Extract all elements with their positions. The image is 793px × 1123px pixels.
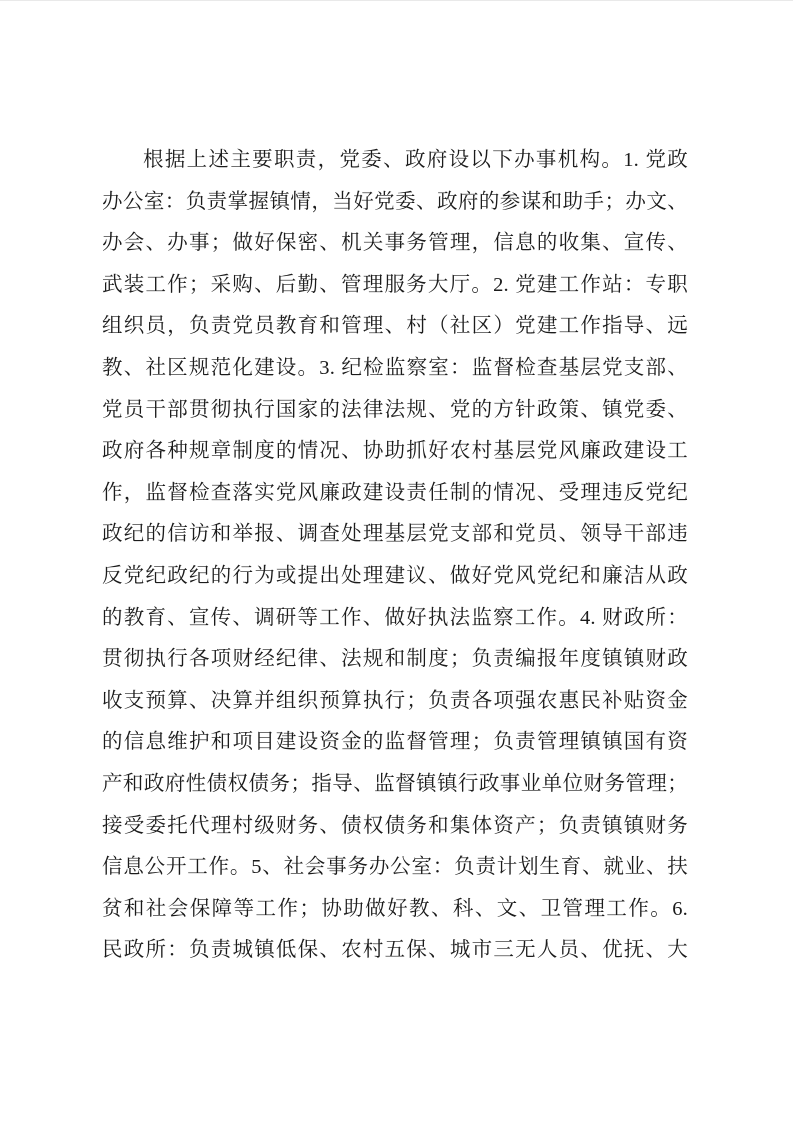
text-line: 政府各种规章制度的情况、协助抓好农村基层党风廉政建设工 (102, 431, 688, 473)
text-line: 教、社区规范化建设。3. 纪检监察室：监督检查基层党支部、 (102, 348, 688, 390)
text-line: 接受委托代理村级财务、债权债务和集体资产；负责镇镇财务 (102, 806, 688, 848)
text-line: 作，监督检查落实党风廉政建设责任制的情况、受理违反党纪 (102, 473, 688, 515)
text-line: 根据上述主要职责，党委、政府设以下办事机构。1. 党政 (102, 140, 688, 182)
document-page: 根据上述主要职责，党委、政府设以下办事机构。1. 党政办公室：负责掌握镇情，当好… (0, 0, 793, 1123)
text-line: 办公室：负责掌握镇情，当好党委、政府的参谋和助手；办文、 (102, 182, 688, 224)
text-line: 组织员，负责党员教育和管理、村（社区）党建工作指导、远 (102, 306, 688, 348)
text-line: 产和政府性债权债务；指导、监督镇镇行政事业单位财务管理； (102, 764, 688, 806)
text-line: 的教育、宣传、调研等工作、做好执法监察工作。4. 财政所： (102, 598, 688, 640)
document-text-block: 根据上述主要职责，党委、政府设以下办事机构。1. 党政办公室：负责掌握镇情，当好… (102, 140, 688, 972)
text-line: 收支预算、决算并组织预算执行；负责各项强农惠民补贴资金 (102, 681, 688, 723)
text-line: 民政所：负责城镇低保、农村五保、城市三无人员、优抚、大 (102, 930, 688, 972)
text-line: 政纪的信访和举报、调查处理基层党支部和党员、领导干部违 (102, 514, 688, 556)
text-line: 贫和社会保障等工作；协助做好教、科、文、卫管理工作。6. (102, 889, 688, 931)
text-line: 反党纪政纪的行为或提出处理建议、做好党风党纪和廉洁从政 (102, 556, 688, 598)
text-line: 党员干部贯彻执行国家的法律法规、党的方针政策、镇党委、 (102, 390, 688, 432)
text-line: 的信息维护和项目建设资金的监督管理；负责管理镇镇国有资 (102, 722, 688, 764)
text-line: 信息公开工作。5、社会事务办公室：负责计划生育、就业、扶 (102, 847, 688, 889)
text-line: 贯彻执行各项财经纪律、法规和制度；负责编报年度镇镇财政 (102, 639, 688, 681)
text-line: 武装工作；采购、后勤、管理服务大厅。2. 党建工作站：专职 (102, 265, 688, 307)
text-line: 办会、办事；做好保密、机关事务管理，信息的收集、宣传、 (102, 223, 688, 265)
